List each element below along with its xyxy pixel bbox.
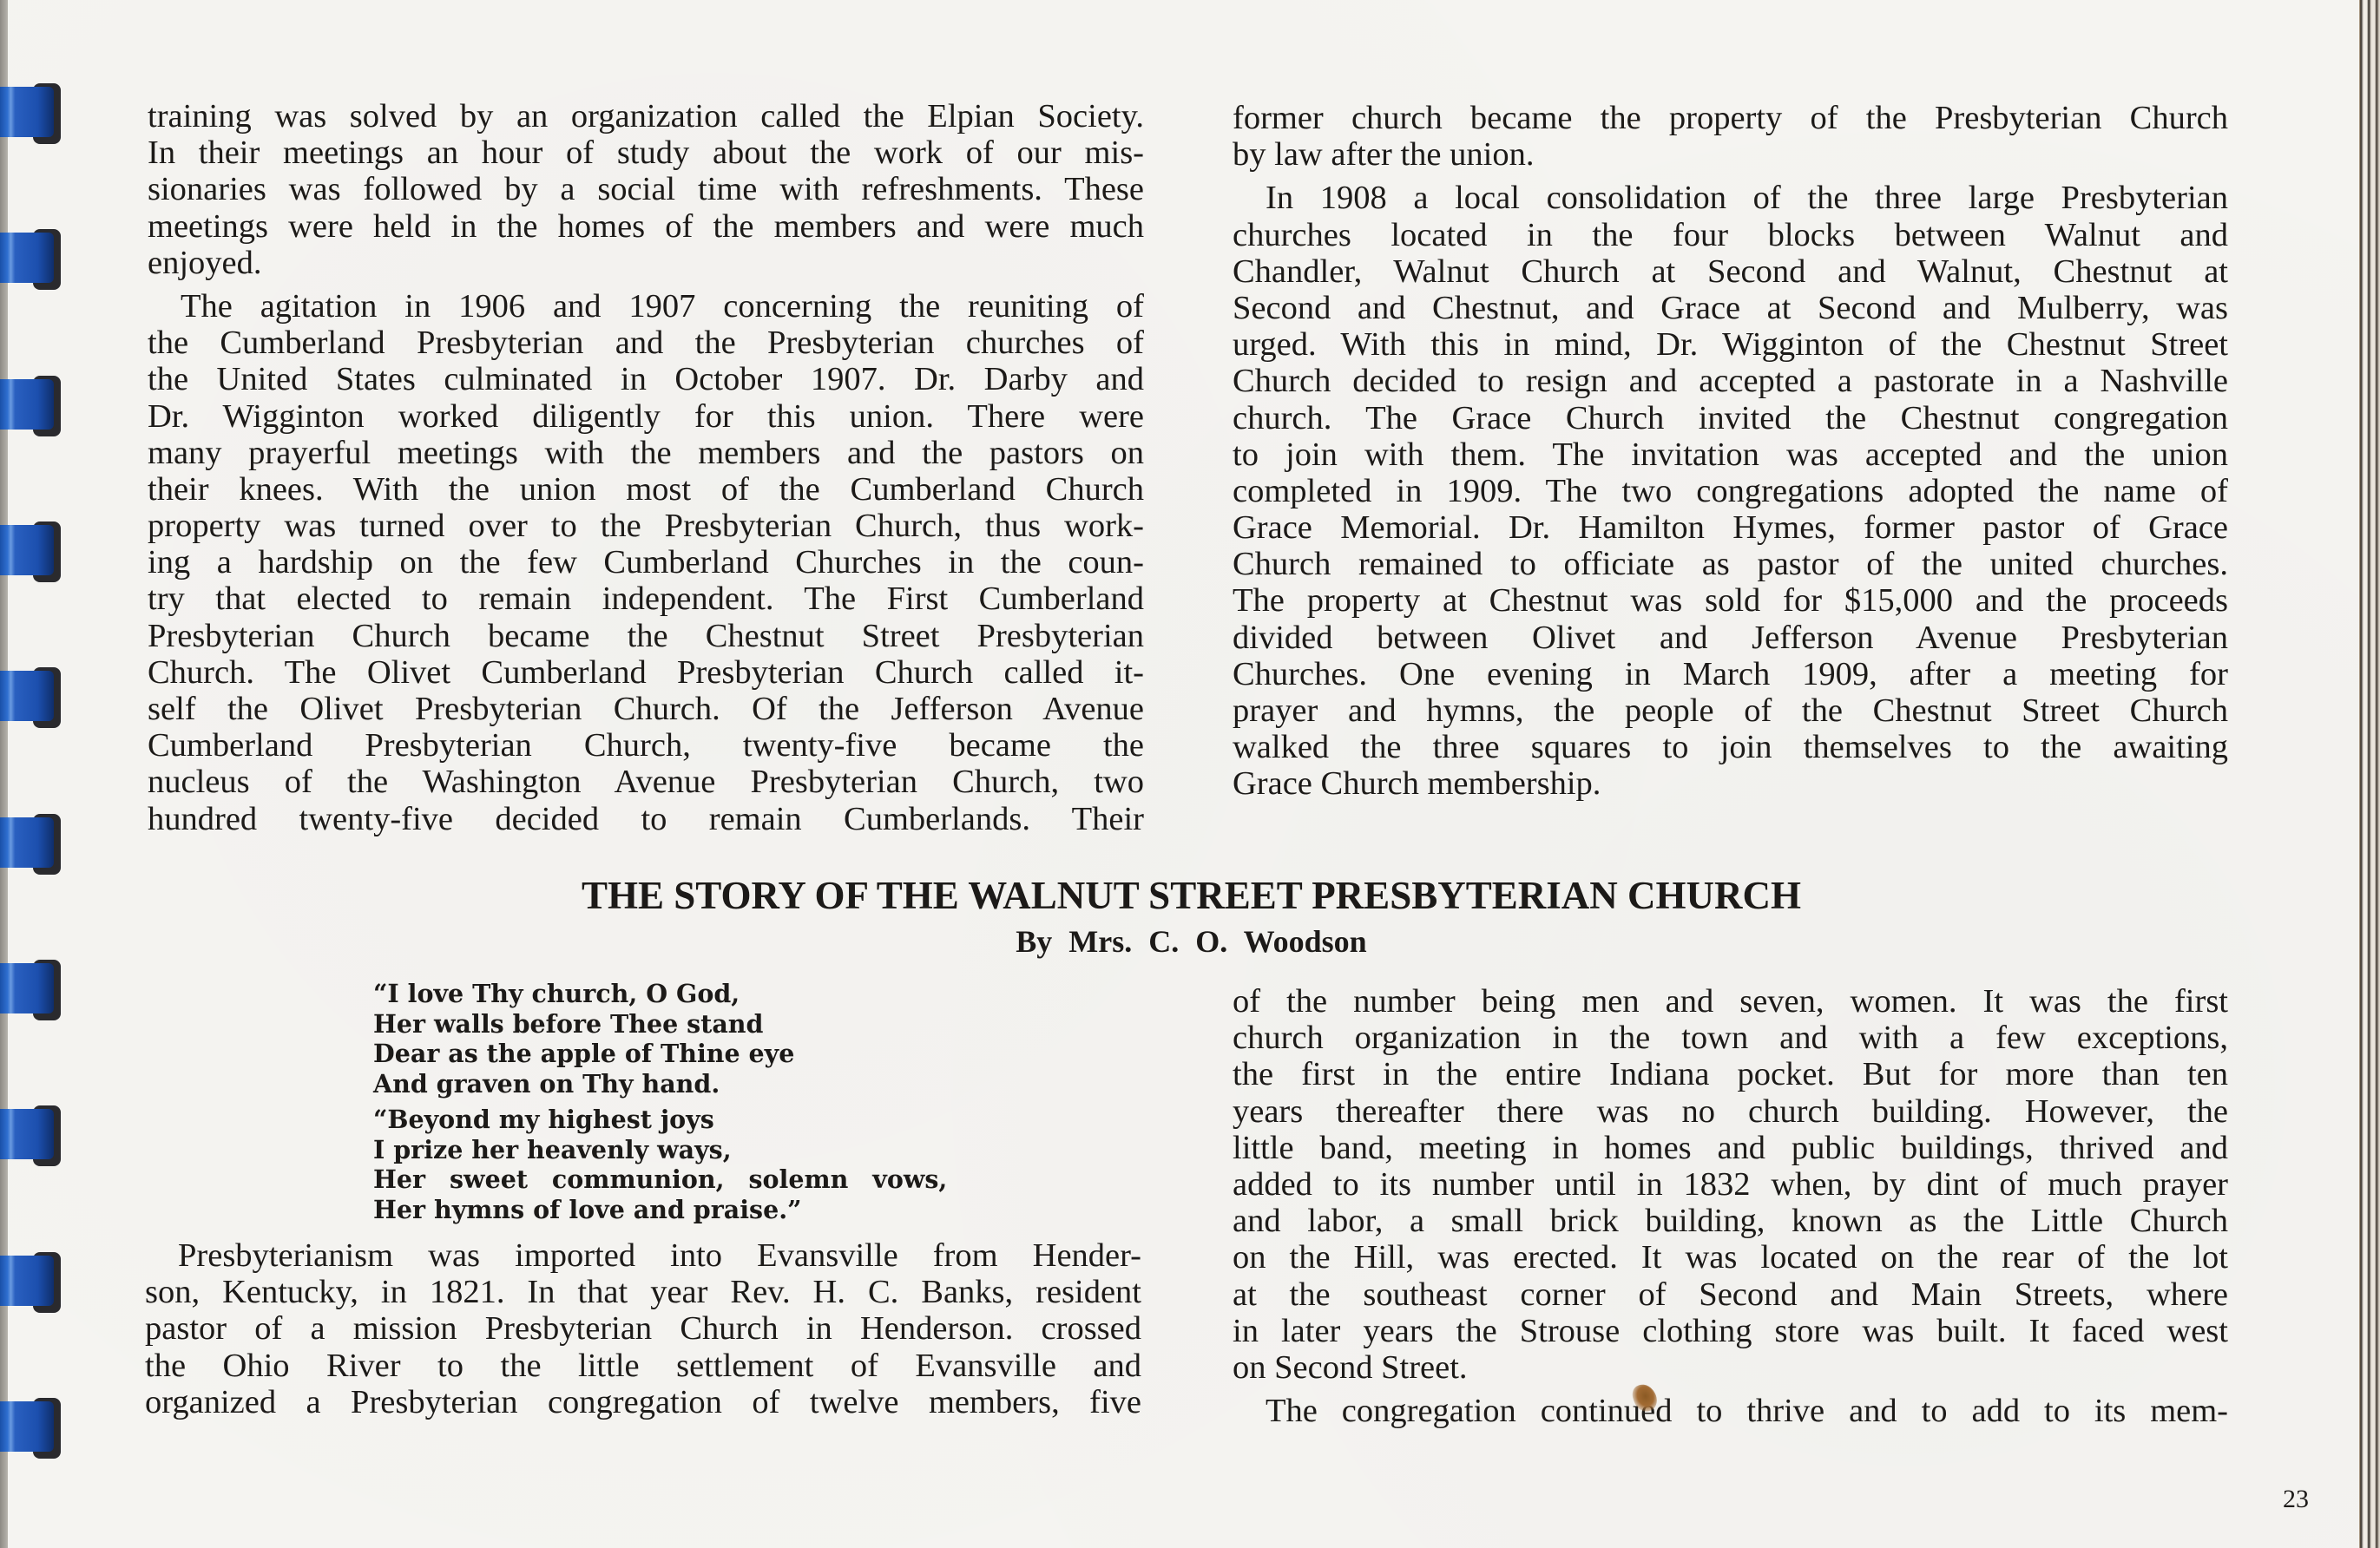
text-line: completed in 1909. The two congregations…	[1233, 473, 2228, 509]
poem-line: Her sweet communion, solemn vows,	[373, 1164, 947, 1195]
spiral-ring-icon	[0, 667, 59, 723]
text-line: ing a hardship on the few Cumberland Chu…	[148, 544, 1144, 580]
spiral-ring-icon	[0, 960, 59, 1015]
text-line: Second and Chestnut, and Grace at Second…	[1233, 290, 2228, 326]
text-line: church organization in the town and with…	[1233, 1020, 2228, 1056]
paragraph-start: In 1908 a local consolidation of the thr…	[1233, 180, 2228, 216]
text-line: divided between Olivet and Jefferson Ave…	[1233, 620, 2228, 656]
spiral-ring-icon	[0, 521, 59, 577]
poem-line: Dear as the apple of Thine eye	[373, 1039, 947, 1069]
text-line: Chandler, Walnut Church at Second and Wa…	[1233, 253, 2228, 290]
page-stack-edge	[2359, 0, 2380, 1548]
article-byline: By Mrs. C. O. Woodson	[508, 923, 1875, 960]
text-column-bottom-left: Presbyterianism was imported into Evansv…	[145, 1237, 1141, 1420]
text-line: self the Olivet Presbyterian Church. Of …	[148, 691, 1144, 727]
text-line: Grace Church membership.	[1233, 765, 2228, 802]
text-line: and labor, a small brick building, known…	[1233, 1203, 2228, 1239]
spiral-ring-icon	[0, 376, 59, 431]
text-line: prayer and hymns, the people of the Ches…	[1233, 692, 2228, 729]
text-line: sionaries was followed by a social time …	[148, 171, 1144, 207]
book-page: training was solved by an organization c…	[0, 0, 2380, 1548]
text-line: The property at Chestnut was sold for $1…	[1233, 582, 2228, 619]
text-line: Church. The Olivet Cumberland Presbyteri…	[148, 654, 1144, 691]
text-line: to join with them. The invitation was ac…	[1233, 436, 2228, 473]
spiral-ring-icon	[0, 83, 59, 139]
spiral-ring-icon	[0, 1105, 59, 1161]
text-line: church. The Grace Church invited the Che…	[1233, 400, 2228, 436]
text-line: former church became the property of the…	[1233, 100, 2228, 136]
text-line: Grace Memorial. Dr. Hamilton Hymes, form…	[1233, 509, 2228, 546]
text-line: of the number being men and seven, women…	[1233, 983, 2228, 1020]
text-line: on Second Street.	[1233, 1349, 2228, 1386]
text-line: little band, meeting in homes and public…	[1233, 1130, 2228, 1166]
poem-line: And graven on Thy hand.	[373, 1069, 947, 1099]
text-line: in later years the Strouse clothing stor…	[1233, 1313, 2228, 1349]
text-line: churches located in the four blocks betw…	[1233, 217, 2228, 253]
text-line: property was turned over to the Presbyte…	[148, 508, 1144, 544]
text-column-top-right: former church became the property of the…	[1233, 100, 2228, 803]
paragraph-start: The congregation continued to thrive and…	[1233, 1393, 2228, 1429]
text-line: nucleus of the Washington Avenue Presbyt…	[148, 764, 1144, 800]
text-line: meetings were held in the homes of the m…	[148, 208, 1144, 245]
text-line: enjoyed.	[148, 245, 1144, 281]
spiral-ring-icon	[0, 1398, 59, 1453]
poem-line: “Beyond my highest joys	[373, 1105, 947, 1135]
spiral-ring-icon	[0, 814, 59, 869]
text-line: try that elected to remain independent. …	[148, 580, 1144, 617]
text-line: the United States culminated in October …	[148, 361, 1144, 397]
text-line: Cumberland Presbyterian Church, twenty-f…	[148, 727, 1144, 764]
text-line: hundred twenty-five decided to remain Cu…	[148, 801, 1144, 837]
text-line: by law after the union.	[1233, 136, 2228, 173]
article-title: THE STORY OF THE WALNUT STREET PRESBYTER…	[508, 873, 1875, 918]
text-line: the first in the entire Indiana pocket. …	[1233, 1056, 2228, 1092]
text-line: training was solved by an organization c…	[148, 98, 1144, 134]
text-line: the Cumberland Presbyterian and the Pres…	[148, 325, 1144, 361]
text-line: pastor of a mission Presbyterian Church …	[145, 1310, 1141, 1347]
poem-line: Her hymns of love and praise.”	[373, 1195, 947, 1225]
text-line: on the Hill, was erected. It was located…	[1233, 1239, 2228, 1276]
text-line: added to its number until in 1832 when, …	[1233, 1166, 2228, 1203]
text-line: walked the three squares to join themsel…	[1233, 729, 2228, 765]
text-line: Churches. One evening in March 1909, aft…	[1233, 656, 2228, 692]
text-line: Church decided to resign and accepted a …	[1233, 363, 2228, 399]
text-line: at the southeast corner of Second and Ma…	[1233, 1276, 2228, 1313]
spiral-ring-icon	[0, 1252, 59, 1308]
text-column-bottom-right: of the number being men and seven, women…	[1233, 983, 2228, 1429]
text-line: Dr. Wigginton worked diligently for this…	[148, 398, 1144, 435]
paragraph-start: Presbyterianism was imported into Evansv…	[145, 1237, 1141, 1274]
page-number: 23	[2283, 1485, 2309, 1514]
text-line: Presbyterian Church became the Chestnut …	[148, 618, 1144, 654]
poem-line: Her walls before Thee stand	[373, 1009, 947, 1040]
text-column-top-left: training was solved by an organization c…	[148, 98, 1144, 837]
text-line: organized a Presbyterian congregation of…	[145, 1384, 1141, 1420]
text-line: many prayerful meetings with the members…	[148, 435, 1144, 471]
text-line: years thereafter there was no church bui…	[1233, 1093, 2228, 1130]
spiral-ring-icon	[0, 229, 59, 285]
text-line: Church remained to officiate as pastor o…	[1233, 546, 2228, 582]
text-line: their knees. With the union most of the …	[148, 471, 1144, 508]
text-line: In their meetings an hour of study about…	[148, 134, 1144, 171]
text-line: son, Kentucky, in 1821. In that year Rev…	[145, 1274, 1141, 1310]
poem-line: I prize her heavenly ways,	[373, 1135, 947, 1165]
text-line: urged. With this in mind, Dr. Wigginton …	[1233, 326, 2228, 363]
hymn-quote: “I love Thy church, O God, Her walls bef…	[373, 979, 947, 1224]
poem-line: “I love Thy church, O God,	[373, 979, 947, 1009]
paragraph-start: The agitation in 1906 and 1907 concernin…	[148, 288, 1144, 325]
text-line: the Ohio River to the little settlement …	[145, 1348, 1141, 1384]
